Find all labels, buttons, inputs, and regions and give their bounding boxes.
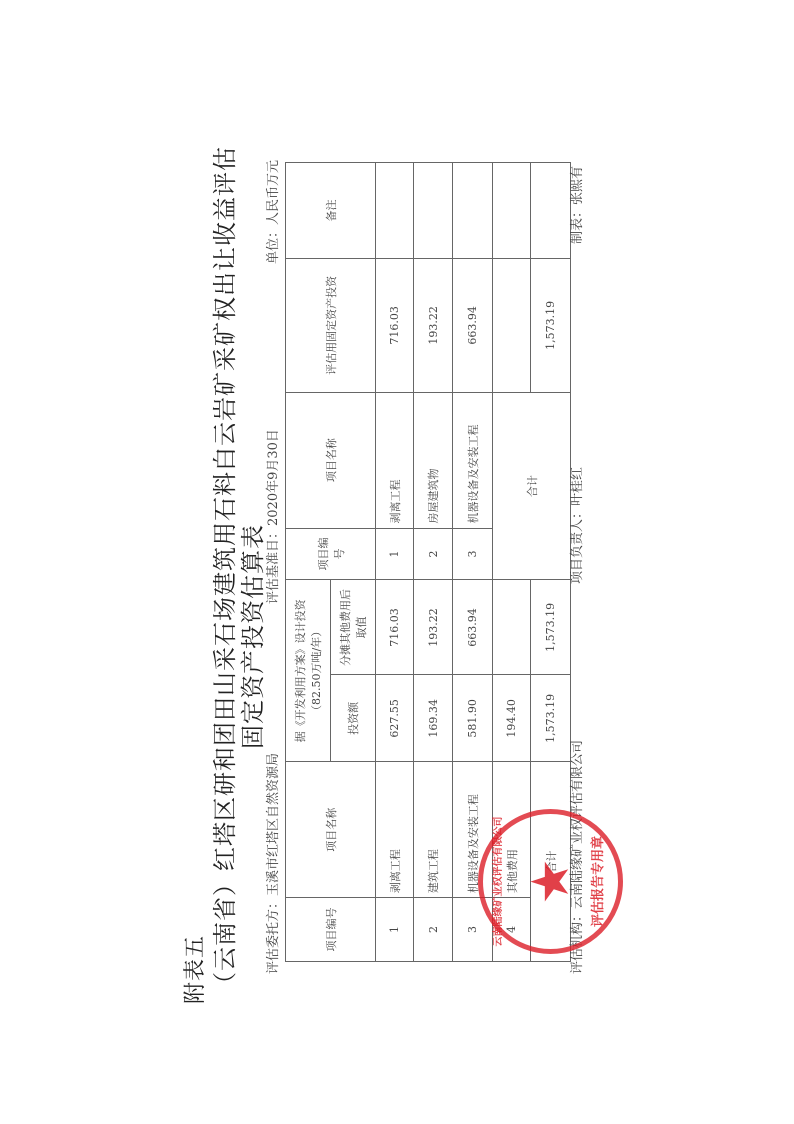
header-right-item-no: 项目编号 bbox=[286, 528, 376, 580]
seal-bottom-text: 评估报告专用章 bbox=[587, 814, 606, 949]
footer-prepared-by: 制表：张熙有 bbox=[566, 166, 585, 244]
footer-project-lead: 项目负责人：叶桂红 bbox=[566, 467, 585, 584]
unit: 单位：人民币万元 bbox=[262, 160, 281, 264]
header-item-no: 项目编号 bbox=[286, 898, 376, 962]
client: 评估委托方：玉溪市红塔区自然资源局 bbox=[262, 753, 281, 974]
table-row: 2 建筑工程 169.34 193.22 2 房屋建筑物 193.22 bbox=[414, 163, 453, 962]
header-fixed-asset: 评估用固定资产投资 bbox=[286, 258, 376, 392]
total-fixed-asset: 1,573.19 bbox=[531, 258, 571, 392]
header-remarks: 备注 bbox=[286, 163, 376, 259]
header-item-name: 项目名称 bbox=[286, 762, 376, 898]
rotated-page: 附表五 （云南省）红塔区研和团田山采石场建筑用石料白云岩矿采矿权出让收益评估 固… bbox=[0, 0, 794, 1124]
header-allocated: 分摊其他费用后取值 bbox=[331, 580, 376, 675]
right-total-label: 合计 bbox=[493, 392, 571, 580]
seal-ring-text: 云南陆缘矿业权评估有限公司 bbox=[489, 814, 504, 949]
table-row: 1 剥离工程 627.55 716.03 1 剥离工程 716.03 bbox=[376, 163, 414, 962]
header-design-investment: 据《开发利用方案》设计投资（82.50万吨/年） bbox=[286, 580, 331, 762]
company-seal: 云南陆缘矿业权评估有限公司 ★ 评估报告专用章 bbox=[478, 809, 623, 954]
table-row: 3 机器设备及安装工程 581.90 663.94 3 机器设备及安装工程 66… bbox=[453, 163, 493, 962]
star-icon: ★ bbox=[525, 858, 577, 905]
header-right-item-name: 项目名称 bbox=[286, 392, 376, 528]
base-date: 评估基准日：2020年9月30日 bbox=[262, 429, 281, 604]
header-investment: 投资额 bbox=[331, 675, 376, 762]
total-allocated: 1,573.19 bbox=[531, 580, 571, 675]
total-investment: 1,573.19 bbox=[531, 675, 571, 762]
